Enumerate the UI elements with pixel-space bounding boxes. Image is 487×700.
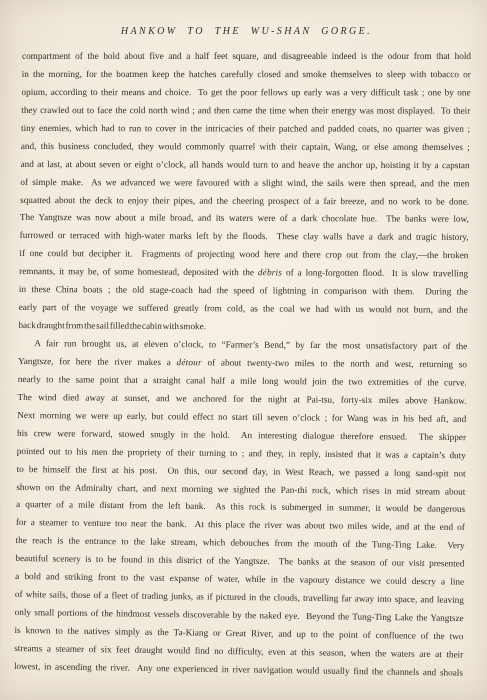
italic-word: débris xyxy=(258,267,282,277)
text-line: The Yangtsze was now about a mile broad,… xyxy=(20,209,469,229)
text-line: opium, according to their means and choi… xyxy=(22,84,471,102)
italic-word: détour xyxy=(177,357,202,367)
text-line: tiny enemies, which had to run to cover … xyxy=(21,120,470,139)
text-line: furrowed or terraced with high-water mar… xyxy=(20,227,469,247)
body-text: compartment of the hold about five and a… xyxy=(22,48,471,676)
page-header-title: HANKOW TO THE WU-SHAN GORGE. xyxy=(22,26,471,37)
text-line: in the morning, for the boatmen keep the… xyxy=(22,66,471,84)
text-line: and, this business concluded, they would… xyxy=(21,138,470,157)
text-line: of simple make. As we advanced we were f… xyxy=(20,174,469,193)
text-line: compartment of the hold about five and a… xyxy=(22,48,471,66)
text-line: they crawled out to face the cold north … xyxy=(21,102,470,121)
text-line: squatted about the deck to enjoy their p… xyxy=(20,192,469,212)
text-line: and at last, at about seven or eight o’c… xyxy=(21,156,470,175)
book-page: HANKOW TO THE WU-SHAN GORGE. compartment… xyxy=(0,0,487,700)
